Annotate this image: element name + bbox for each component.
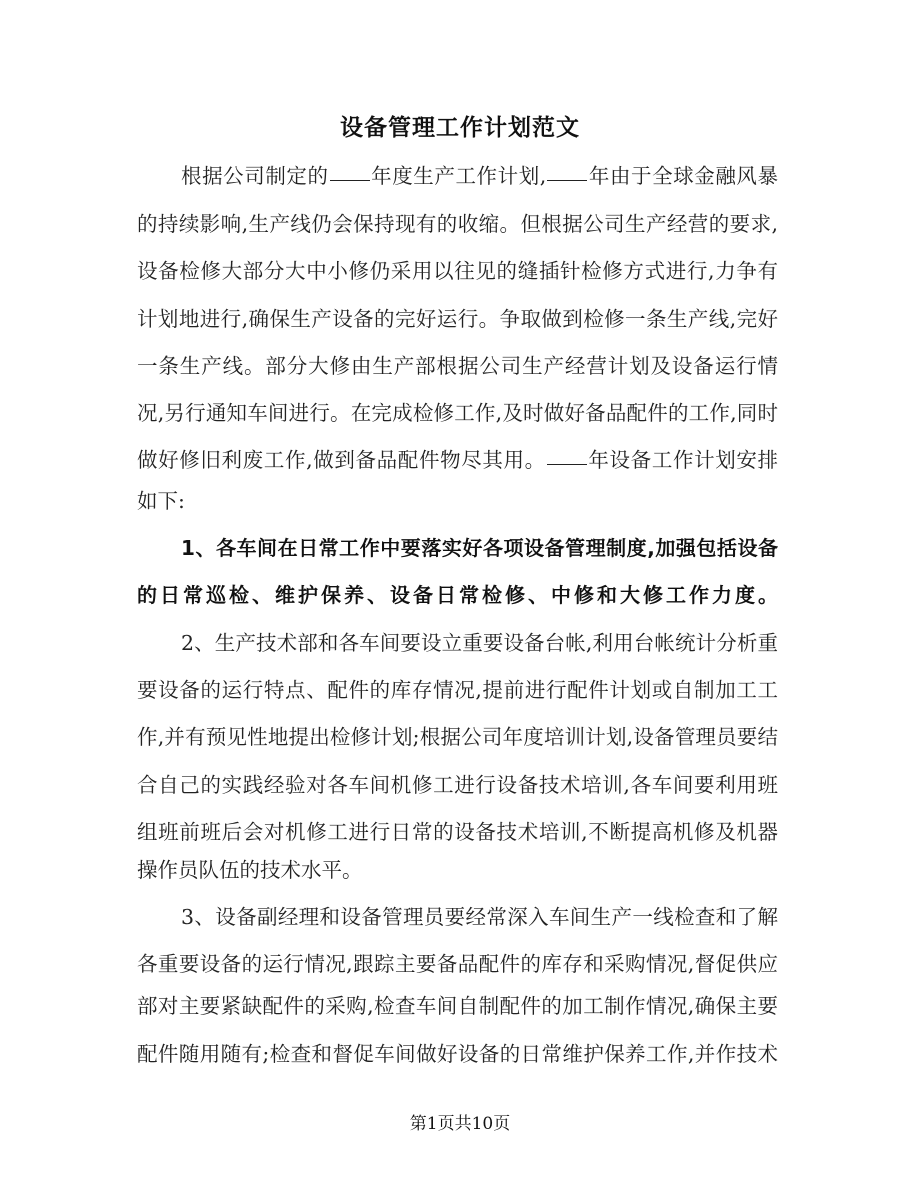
plan-item-3-line-3: 部对主要紧缺配件的采购,检查车间自制配件的加工制作情况,确保主要 <box>137 989 778 1023</box>
plan-item-2-line-2: 要设备的运行特点、配件的库存情况,提前进行配件计划或自制加工工 <box>137 673 778 707</box>
intro-line-1-mid: 年度生产工作计划, <box>371 164 547 188</box>
plan-item-3-line-1: 3、设备副经理和设备管理员要经常深入车间生产一线检查和了解 <box>181 900 778 934</box>
blank-year-field-2 <box>547 160 587 181</box>
document-title: 设备管理工作计划范文 <box>0 111 920 145</box>
intro-line-1-pre: 根据公司制定的 <box>181 164 329 188</box>
intro-line-1: 根据公司制定的年度生产工作计划,年由于全球金融风暴 <box>181 159 778 193</box>
blank-year-field-3 <box>547 444 587 465</box>
intro-line-5: 一条生产线。部分大修由生产部根据公司生产经营计划及设备运行情 <box>137 349 778 383</box>
plan-item-2-line-1: 2、生产技术部和各车间要设立重要设备台帐,利用台帐统计分析重 <box>181 626 778 660</box>
blank-year-field-1 <box>330 160 370 181</box>
plan-item-3-line-2: 各重要设备的运行情况,跟踪主要备品配件的库存和采购情况,督促供应 <box>137 947 778 981</box>
plan-item-2-line-5: 组班前班后会对机修工进行日常的设备技术培训,不断提高机修及机器 <box>137 815 778 849</box>
intro-line-7-post: 年设备工作计划安排 <box>588 448 778 472</box>
plan-item-1-line-1: 1、各车间在日常工作中要落实好各项设备管理制度,加强包括设备 <box>181 531 778 565</box>
intro-line-3: 设备检修大部分大中小修仍采用以往见的缝插针检修方式进行,力争有 <box>137 254 778 288</box>
intro-line-8: 如下: <box>137 484 185 518</box>
plan-item-3-line-4: 配件随用随有;检查和督促车间做好设备的日常维护保养工作,并作技术 <box>137 1037 778 1071</box>
intro-line-1-post: 年由于全球金融风暴 <box>588 164 778 188</box>
page-indicator: 第1页共10页 <box>0 1110 920 1138</box>
plan-item-2-line-4: 合自己的实践经验对各车间机修工进行设备技术培训,各车间要利用班 <box>137 768 778 802</box>
intro-line-7-pre: 做好修旧利废工作,做到备品配件物尽其用。 <box>137 448 546 472</box>
intro-line-2: 的持续影响,生产线仍会保持现有的收缩。但根据公司生产经营的要求, <box>137 207 778 241</box>
intro-line-4: 计划地进行,确保生产设备的完好运行。争取做到检修一条生产线,完好 <box>137 302 778 336</box>
intro-line-7: 做好修旧利废工作,做到备品配件物尽其用。年设备工作计划安排 <box>137 443 778 477</box>
plan-item-2-line-6: 操作员队伍的技术水平。 <box>137 853 363 887</box>
plan-item-1-line-2: 的日常巡检、维护保养、设备日常检修、中修和大修工作力度。 <box>137 578 778 612</box>
document-page: 设备管理工作计划范文 根据公司制定的年度生产工作计划,年由于全球金融风暴 的持续… <box>0 0 920 1191</box>
intro-line-6: 况,另行通知车间进行。在完成检修工作,及时做好备品配件的工作,同时 <box>137 396 778 430</box>
plan-item-2-line-3: 作,并有预见性地提出检修计划;根据公司年度培训计划,设备管理员要结 <box>137 720 778 754</box>
